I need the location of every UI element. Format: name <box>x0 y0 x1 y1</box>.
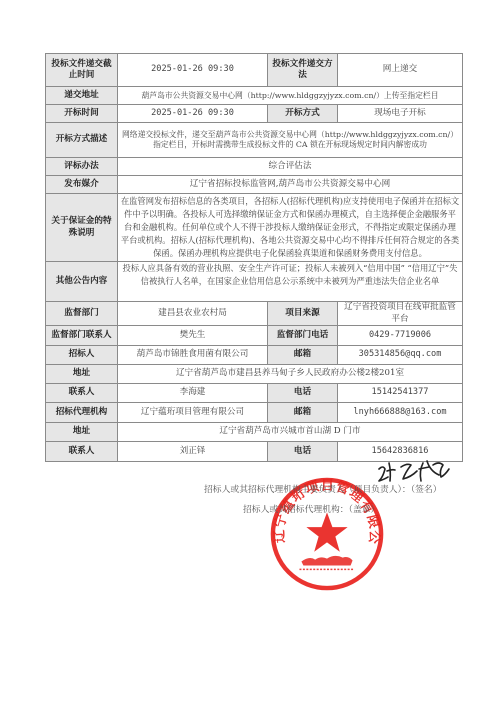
value-agency-contact: 刘正铎 <box>118 442 268 462</box>
table-row: 监督部门 建昌县农业农村局 项目来源 辽宁省投资项目在线审批监管平台 <box>46 302 463 326</box>
value-supervisor: 建昌县农业农村局 <box>118 302 268 326</box>
value-submission-address: 葫芦岛市公共资源交易中心网（http://www.hldggzyjyzx.com… <box>118 87 463 105</box>
value-other-content: 投标人应具备有效的营业执照、安全生产许可证；投标人未被列入“信用中国” “信用辽… <box>118 262 463 302</box>
label-opening-method: 开标方式 <box>268 105 338 123</box>
table-row: 评标办法 综合评估法 <box>46 158 463 176</box>
label-project-source: 项目来源 <box>268 302 338 326</box>
label-publication-media: 发布媒介 <box>46 176 118 194</box>
label-supervisor-contact: 监督部门联系人 <box>46 326 118 346</box>
table-row: 联系人 李海建 电话 15142541377 <box>46 384 463 403</box>
label-tenderer-phone: 电话 <box>268 384 338 403</box>
table-row: 其他公告内容 投标人应具备有效的营业执照、安全生产许可证；投标人未被列入“信用中… <box>46 262 463 302</box>
signature-line-principal: 招标人或其招标代理机构主要负责人（项目负责人）：（签名） <box>204 482 442 495</box>
value-agency: 辽宁蕴珩项目管理有限公司 <box>118 403 268 423</box>
value-bid-deadline: 2025-01-26 09:30 <box>118 54 268 87</box>
label-agency: 招标代理机构 <box>46 403 118 423</box>
value-tenderer-phone: 15142541377 <box>338 384 463 403</box>
label-agency-address: 地址 <box>46 423 118 442</box>
table-row: 发布媒介 辽宁省招标投标监管网,葫芦岛市公共资源交易中心网 <box>46 176 463 194</box>
label-tenderer-contact: 联系人 <box>46 384 118 403</box>
table-row: 开标方式描述 网络递交投标文件，递交至葫芦岛市公共资源交易中心网（http://… <box>46 123 463 158</box>
label-opening-description: 开标方式描述 <box>46 123 118 158</box>
label-evaluation-method: 评标办法 <box>46 158 118 176</box>
table-row: 招标人 葫芦岛市锦胜食用菌有限公司 邮箱 305314856@qq.com <box>46 346 463 365</box>
label-submission-method: 投标文件递交方法 <box>268 54 338 87</box>
tender-announcement-table: 投标文件递交截止时间 2025-01-26 09:30 投标文件递交方法 网上递… <box>45 53 463 462</box>
label-submission-address: 递交地址 <box>46 87 118 105</box>
table-row: 开标时间 2025-01-26 09:30 开标方式 现场电子开标 <box>46 105 463 123</box>
table-row: 关于保证金的特殊说明 在监管网发布招标信息的各类项目，各招标人(招标代理机构)应… <box>46 194 463 262</box>
label-supervisor-phone: 监督部门电话 <box>268 326 338 346</box>
value-tenderer-email: 305314856@qq.com <box>338 346 463 365</box>
value-deposit-notes: 在监管网发布招标信息的各类项目，各招标人(招标代理机构)应支持使用电子保函并在招… <box>118 194 463 262</box>
label-supervisor: 监督部门 <box>46 302 118 326</box>
value-project-source: 辽宁省投资项目在线审批监管平台 <box>338 302 463 326</box>
value-agency-address: 辽宁省葫芦岛市兴城市首山湖 D 门市 <box>118 423 463 442</box>
label-bid-deadline: 投标文件递交截止时间 <box>46 54 118 87</box>
value-opening-time: 2025-01-26 09:30 <box>118 105 268 123</box>
value-tenderer-contact: 李海建 <box>118 384 268 403</box>
label-tenderer-address: 地址 <box>46 365 118 384</box>
label-tenderer-email: 邮箱 <box>268 346 338 365</box>
table-row: 地址 辽宁省葫芦岛市兴城市首山湖 D 门市 <box>46 423 463 442</box>
label-tenderer: 招标人 <box>46 346 118 365</box>
label-agency-email: 邮箱 <box>268 403 338 423</box>
label-agency-contact: 联系人 <box>46 442 118 462</box>
value-supervisor-contact: 樊先生 <box>118 326 268 346</box>
value-evaluation-method: 综合评估法 <box>118 158 463 176</box>
table-row: 地址 辽宁省葫芦岛市建昌县养马甸子乡人民政府办公楼2楼201室 <box>46 365 463 384</box>
label-opening-time: 开标时间 <box>46 105 118 123</box>
value-tenderer-address: 辽宁省葫芦岛市建昌县养马甸子乡人民政府办公楼2楼201室 <box>118 365 463 384</box>
value-supervisor-phone: 0429-7719006 <box>338 326 463 346</box>
label-deposit-notes: 关于保证金的特殊说明 <box>46 194 118 262</box>
label-other-content: 其他公告内容 <box>46 262 118 302</box>
value-submission-method: 网上递交 <box>338 54 463 87</box>
table-row: 监督部门联系人 樊先生 监督部门电话 0429-7719006 <box>46 326 463 346</box>
value-opening-method: 现场电子开标 <box>338 105 463 123</box>
table-row: 招标代理机构 辽宁蕴珩项目管理有限公司 邮箱 lnyh666888@163.co… <box>46 403 463 423</box>
label-agency-phone: 电话 <box>268 442 338 462</box>
value-tenderer: 葫芦岛市锦胜食用菌有限公司 <box>118 346 268 365</box>
table-row: 递交地址 葫芦岛市公共资源交易中心网（http://www.hldggzyjyz… <box>46 87 463 105</box>
value-publication-media: 辽宁省招标投标监管网,葫芦岛市公共资源交易中心网 <box>118 176 463 194</box>
value-agency-email: lnyh666888@163.com <box>338 403 463 423</box>
value-opening-description: 网络递交投标文件，递交至葫芦岛市公共资源交易中心网（http://www.hld… <box>118 123 463 158</box>
signature-line-seal: 招标人或其招标代理机构：（盖章） <box>243 502 379 515</box>
table-row: 投标文件递交截止时间 2025-01-26 09:30 投标文件递交方法 网上递… <box>46 54 463 87</box>
